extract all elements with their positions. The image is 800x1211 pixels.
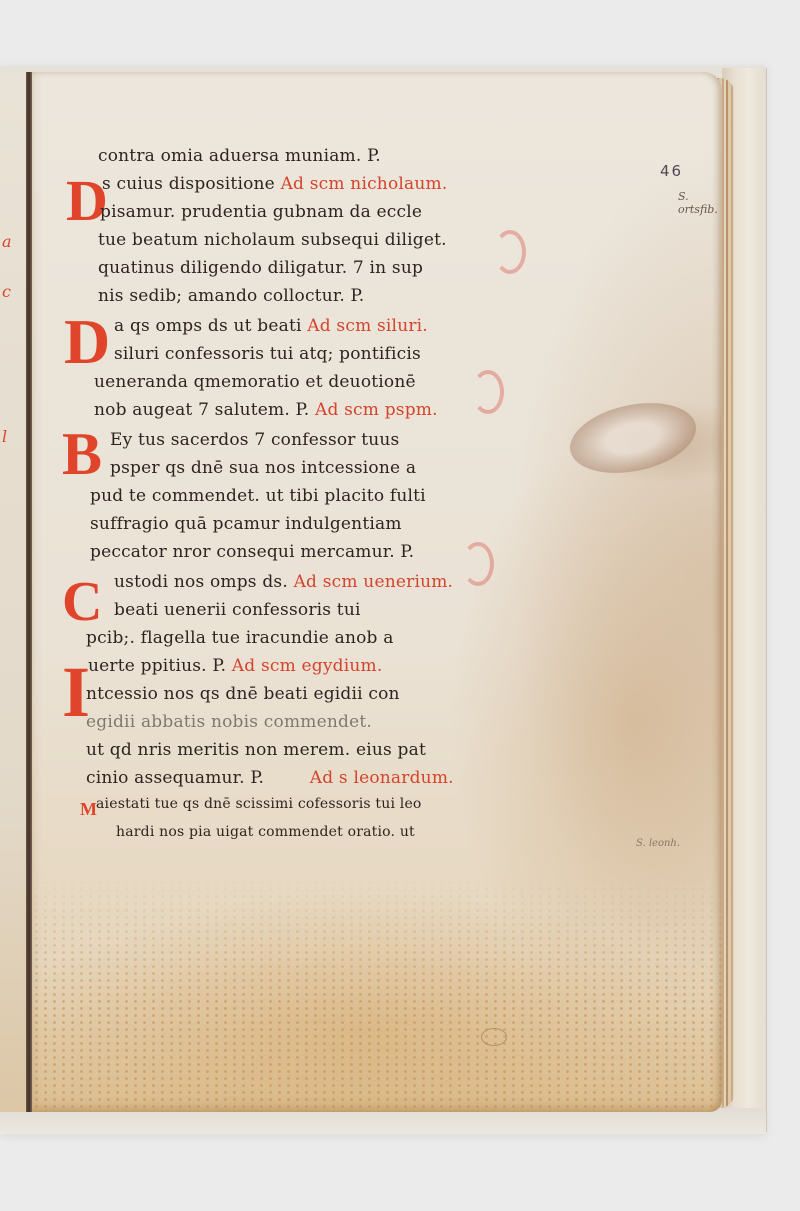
text-line: pisamur. prudentia gubnam da eccle (100, 202, 422, 222)
parchment-follicle-texture (32, 872, 722, 1112)
rubric-heading: Ad scm egydium. (232, 656, 383, 676)
text-line: tue beatum nicholaum subsequi diliget. (98, 230, 447, 250)
text-line: aiestati tue qs dnē scissimi cofessoris … (96, 796, 422, 812)
paraph-mark (472, 370, 504, 414)
left-page-rubric-mark: c (2, 282, 11, 301)
margin-note: S. leonh. (636, 838, 680, 849)
initial-c: C (62, 574, 102, 630)
parchment-stain (564, 392, 703, 483)
text-line: hardi nos pia uigat commendet oratio. ut (116, 824, 415, 840)
left-facing-page: a c l (0, 72, 28, 1112)
rubric-heading: Ad scm uenerium. (294, 572, 454, 592)
rubric-heading: Ad scm pspm. (315, 400, 438, 420)
rubric-heading: Ad s leonardum. (310, 768, 454, 788)
text-line: s cuius dispositione Ad scm nicholaum. (102, 174, 447, 194)
text-line: uerte ppitius. P. Ad scm egydium. (88, 656, 382, 676)
text-line: quatinus diligendo diligatur. 7 in sup (98, 258, 423, 278)
rubric-heading: Ad scm siluri. (307, 316, 428, 336)
initial-d: D (64, 310, 110, 374)
left-page-rubric-mark: a (2, 232, 12, 251)
text-line: suffragio quā pcamur indulgentiam (90, 514, 402, 534)
text-line: peccator nror consequi mercamur. P. (90, 542, 414, 562)
text-line: beati uenerii confessoris tui (114, 600, 361, 620)
text-line: nis sedib; amando colloctur. P. (98, 286, 364, 306)
text-line: psper qs dnē sua nos intcessione a (110, 458, 416, 478)
text-line: pcib;. flagella tue iracundie anob a (86, 628, 394, 648)
text-line: nob augeat 7 salutem. P. Ad scm pspm. (94, 400, 438, 420)
folio-number: 46 (660, 162, 683, 180)
initial-m: M (80, 800, 97, 818)
text-line: ueneranda qmemoratio et deuotionē (94, 372, 416, 392)
text-line: ustodi nos omps ds. Ad scm uenerium. (114, 572, 453, 592)
manuscript-page: 46 S. ortsfib. S. leonh. D D B C I M con… (32, 72, 722, 1112)
parchment-hole (481, 1028, 507, 1046)
pencil-note: S. ortsfib. (678, 190, 722, 216)
photo-scene: a c l 46 S. ortsfib. S. leonh. D D B C I… (0, 0, 800, 1211)
paraph-mark (462, 542, 494, 586)
rubric-heading: Ad scm nicholaum. (281, 174, 448, 194)
text-line: ut qd nris meritis non merem. eius pat (86, 740, 426, 760)
text-line: contra omia aduersa muniam. P. (98, 146, 381, 166)
text-line: ntcessio nos qs dnē beati egidii con (86, 684, 400, 704)
text-line: egidii abbatis nobis commendet. (86, 712, 372, 732)
text-line: a qs omps ds ut beati Ad scm siluri. (114, 316, 428, 336)
text-line: cinio assequamur. P. Ad s leonardum. (86, 768, 454, 788)
text-line: pud te commendet. ut tibi placito fulti (90, 486, 426, 506)
text-line: siluri confessoris tui atq; pontificis (114, 344, 421, 364)
initial-b: B (62, 424, 102, 484)
paraph-mark (494, 230, 526, 274)
text-line: Ey tus sacerdos 7 confessor tuus (110, 430, 399, 450)
left-page-rubric-mark: l (2, 427, 7, 446)
